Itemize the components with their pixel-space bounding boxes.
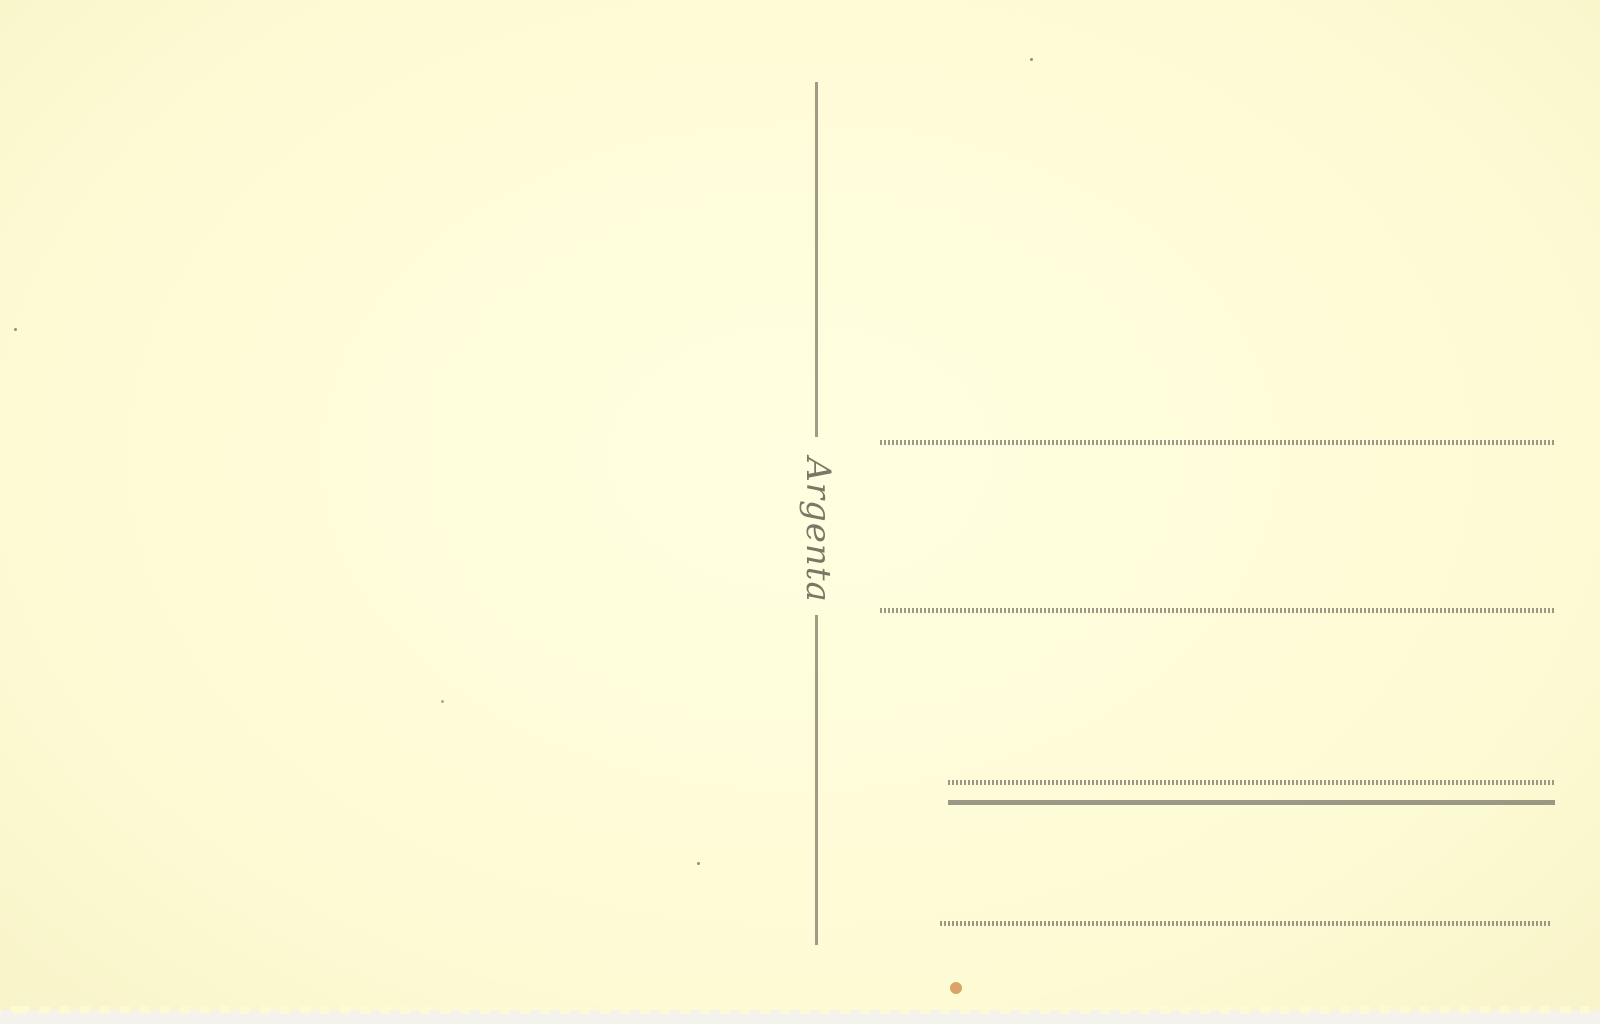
address-line-1 [880, 440, 1555, 445]
address-underline [948, 800, 1555, 805]
paper-stain [950, 982, 962, 994]
address-line-2 [880, 608, 1555, 613]
paper-speck [441, 700, 444, 703]
paper-speck [14, 328, 17, 331]
address-line-4 [940, 921, 1550, 926]
brand-name: Argenta [798, 457, 838, 603]
paper-speck [1030, 58, 1033, 61]
address-line-3 [948, 780, 1555, 785]
paper-speck [697, 862, 700, 865]
brand-signature: Argenta [778, 450, 858, 610]
deckled-bottom-edge [0, 1010, 1600, 1024]
center-divider-bottom [815, 615, 818, 945]
center-divider-top [815, 82, 818, 437]
